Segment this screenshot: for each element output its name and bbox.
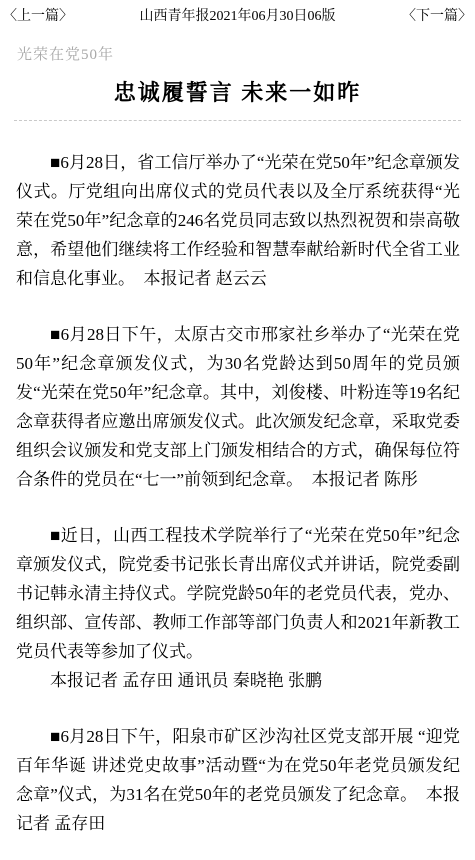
article-kicker: 光荣在党50年 — [17, 43, 475, 64]
prev-article-link[interactable]: 〈上一篇〉 — [3, 8, 73, 26]
article-page: 〈上一篇〉 山西青年报2021年06月30日06版 〈下一篇〉 光荣在党50年 … — [0, 0, 475, 860]
paragraph-brief-4: ■6月28日下午，阳泉市矿区沙沟社区党支部开展 “迎党百年华诞 讲述党史故事”活… — [16, 722, 460, 838]
paragraph-brief-2: ■6月28日下午，太原古交市邢家社乡举办了“光荣在党50年”纪念章颁发仪式，为3… — [16, 320, 460, 494]
next-article-link[interactable]: 〈下一篇〉 — [402, 8, 472, 26]
paragraph-brief-3: ■近日，山西工程技术学院举行了“光荣在党50年”纪念章颁发仪式，院党委书记张长青… — [16, 521, 460, 666]
top-navigation: 〈上一篇〉 山西青年报2021年06月30日06版 〈下一篇〉 — [0, 0, 475, 26]
article-title: 忠诚履誓言 未来一如昨 — [15, 79, 460, 107]
paragraph-brief-1: ■6月28日，省工信厅举办了“光荣在党50年”纪念章颁发仪式。厅党组向出席仪式的… — [16, 148, 460, 293]
title-divider — [14, 120, 461, 121]
masthead-title: 山西青年报2021年06月30日06版 — [140, 8, 336, 26]
article-body: ■6月28日，省工信厅举办了“光荣在党50年”纪念章颁发仪式。厅党组向出席仪式的… — [0, 148, 475, 860]
byline-line: 本报记者 孟存田 通讯员 秦晓艳 张鹏 — [16, 666, 460, 695]
